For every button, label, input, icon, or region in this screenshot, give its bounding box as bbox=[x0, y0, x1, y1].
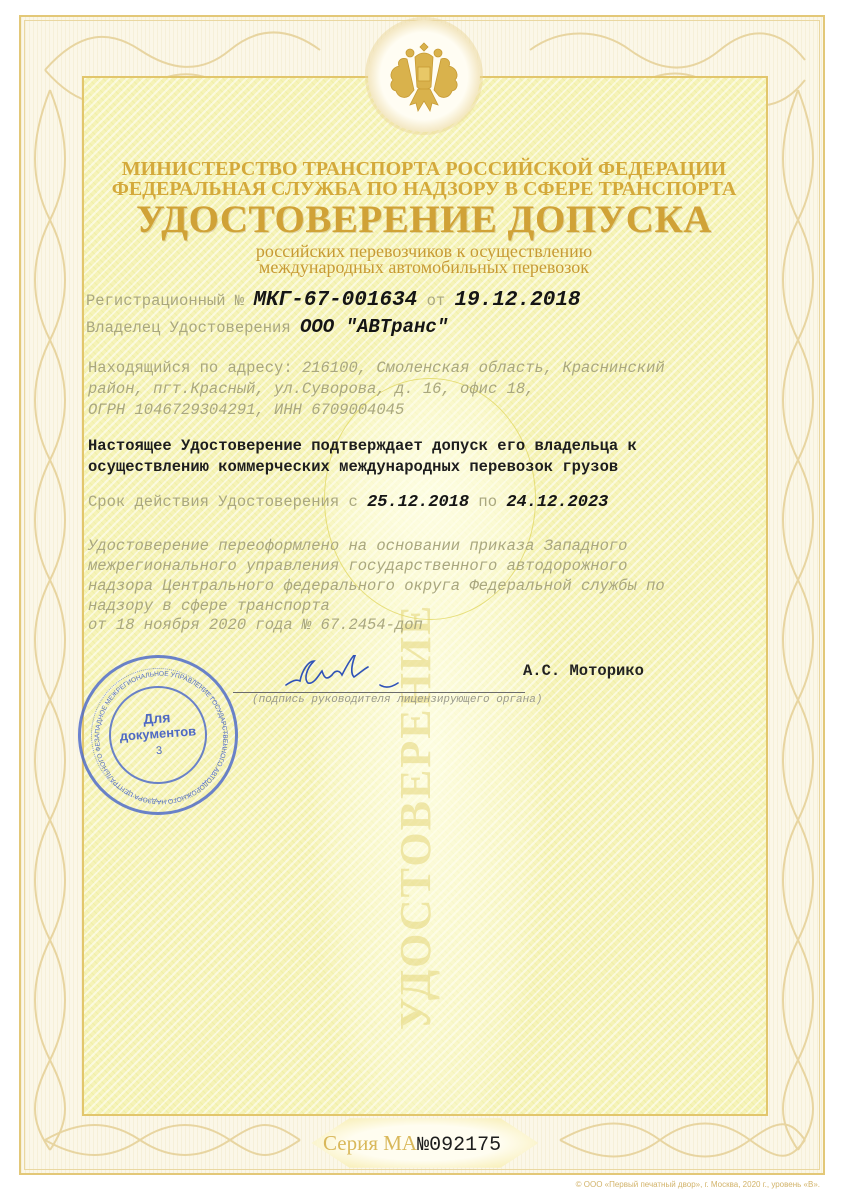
validity-to-label: по bbox=[478, 493, 497, 511]
registration-date: 19.12.2018 bbox=[455, 289, 581, 312]
emblem-medallion bbox=[368, 20, 480, 132]
signatory-name: А.С. Моторико bbox=[523, 662, 644, 680]
reissue-line-5: от 18 ноября 2020 года № 67.2454-доп bbox=[88, 616, 423, 634]
validity-to: 24.12.2023 bbox=[506, 493, 608, 512]
address-label: Находящийся по адресу: bbox=[88, 359, 293, 377]
stamp-number: 3 bbox=[155, 742, 162, 760]
series-number: №092175 bbox=[417, 1134, 501, 1157]
address-line-2: район, пгт.Красный, ул.Суворова, д. 16, … bbox=[88, 380, 534, 398]
statement-line-1: Настоящее Удостоверение подтверждает доп… bbox=[88, 437, 637, 455]
signature-caption: (подпись руководителя лицензирующего орг… bbox=[252, 694, 542, 706]
registration-date-label: от bbox=[427, 292, 446, 310]
address-line-1: Находящийся по адресу: 216100, Смоленска… bbox=[88, 359, 665, 377]
statement-line-2: осуществлению коммерческих международных… bbox=[88, 458, 618, 476]
reissue-line-1: Удостоверение переоформлено на основании… bbox=[88, 537, 628, 555]
printer-imprint: © ООО «Первый печатный двор», г. Москва,… bbox=[576, 1180, 820, 1189]
double-headed-eagle-icon bbox=[385, 33, 463, 119]
reissue-line-4: надзору в сфере транспорта bbox=[88, 597, 330, 615]
document-title: УДОСТОВЕРЕНИЕ ДОПУСКА bbox=[0, 198, 848, 242]
validity-from: 25.12.2018 bbox=[367, 493, 469, 512]
subtitle-line-2: международных автомобильных перевозок bbox=[0, 258, 848, 276]
owner-label: Владелец Удостоверения bbox=[86, 319, 291, 337]
reissue-line-3: надзора Центрального федерального округа… bbox=[88, 577, 665, 595]
official-stamp: ЗАПАДНОЕ МЕЖРЕГИОНАЛЬНОЕ УПРАВЛЕНИЕ ГОСУ… bbox=[73, 650, 244, 821]
series-label: Серия МА bbox=[323, 1131, 417, 1155]
address-line-3: ОГРН 1046729304291, ИНН 6709004045 bbox=[88, 401, 404, 419]
owner-value: ООО "АВТранс" bbox=[300, 316, 448, 338]
registration-label: Регистрационный № bbox=[86, 292, 244, 310]
validity-label: Срок действия Удостоверения с bbox=[88, 493, 358, 511]
service-heading: ФЕДЕРАЛЬНАЯ СЛУЖБА ПО НАДЗОРУ В СФЕРЕ ТР… bbox=[0, 178, 848, 200]
stamp-text-line-1: Для bbox=[143, 709, 171, 727]
signature-line bbox=[233, 692, 525, 693]
validity-row: Срок действия Удостоверения с 25.12.2018… bbox=[88, 493, 608, 512]
ministry-heading: МИНИСТЕРСТВО ТРАНСПОРТА РОССИЙСКОЙ ФЕДЕР… bbox=[0, 158, 848, 180]
owner-row: Владелец Удостоверения ООО "АВТранс" bbox=[86, 316, 448, 338]
series-row: Серия МА№092175 bbox=[323, 1131, 501, 1157]
registration-row: Регистрационный № МКГ-67-001634 от 19.12… bbox=[86, 289, 581, 312]
reissue-line-2: межрегионального управления государствен… bbox=[88, 557, 628, 575]
address-value-1: 216100, Смоленская область, Краснинский bbox=[302, 359, 665, 377]
registration-number: МКГ-67-001634 bbox=[253, 289, 417, 312]
certificate-page: УДОСТОВЕРЕНИЕ МИНИСТЕРСТВО ТРАНСПОРТА РО… bbox=[0, 0, 848, 1200]
handwritten-signature bbox=[280, 655, 440, 695]
